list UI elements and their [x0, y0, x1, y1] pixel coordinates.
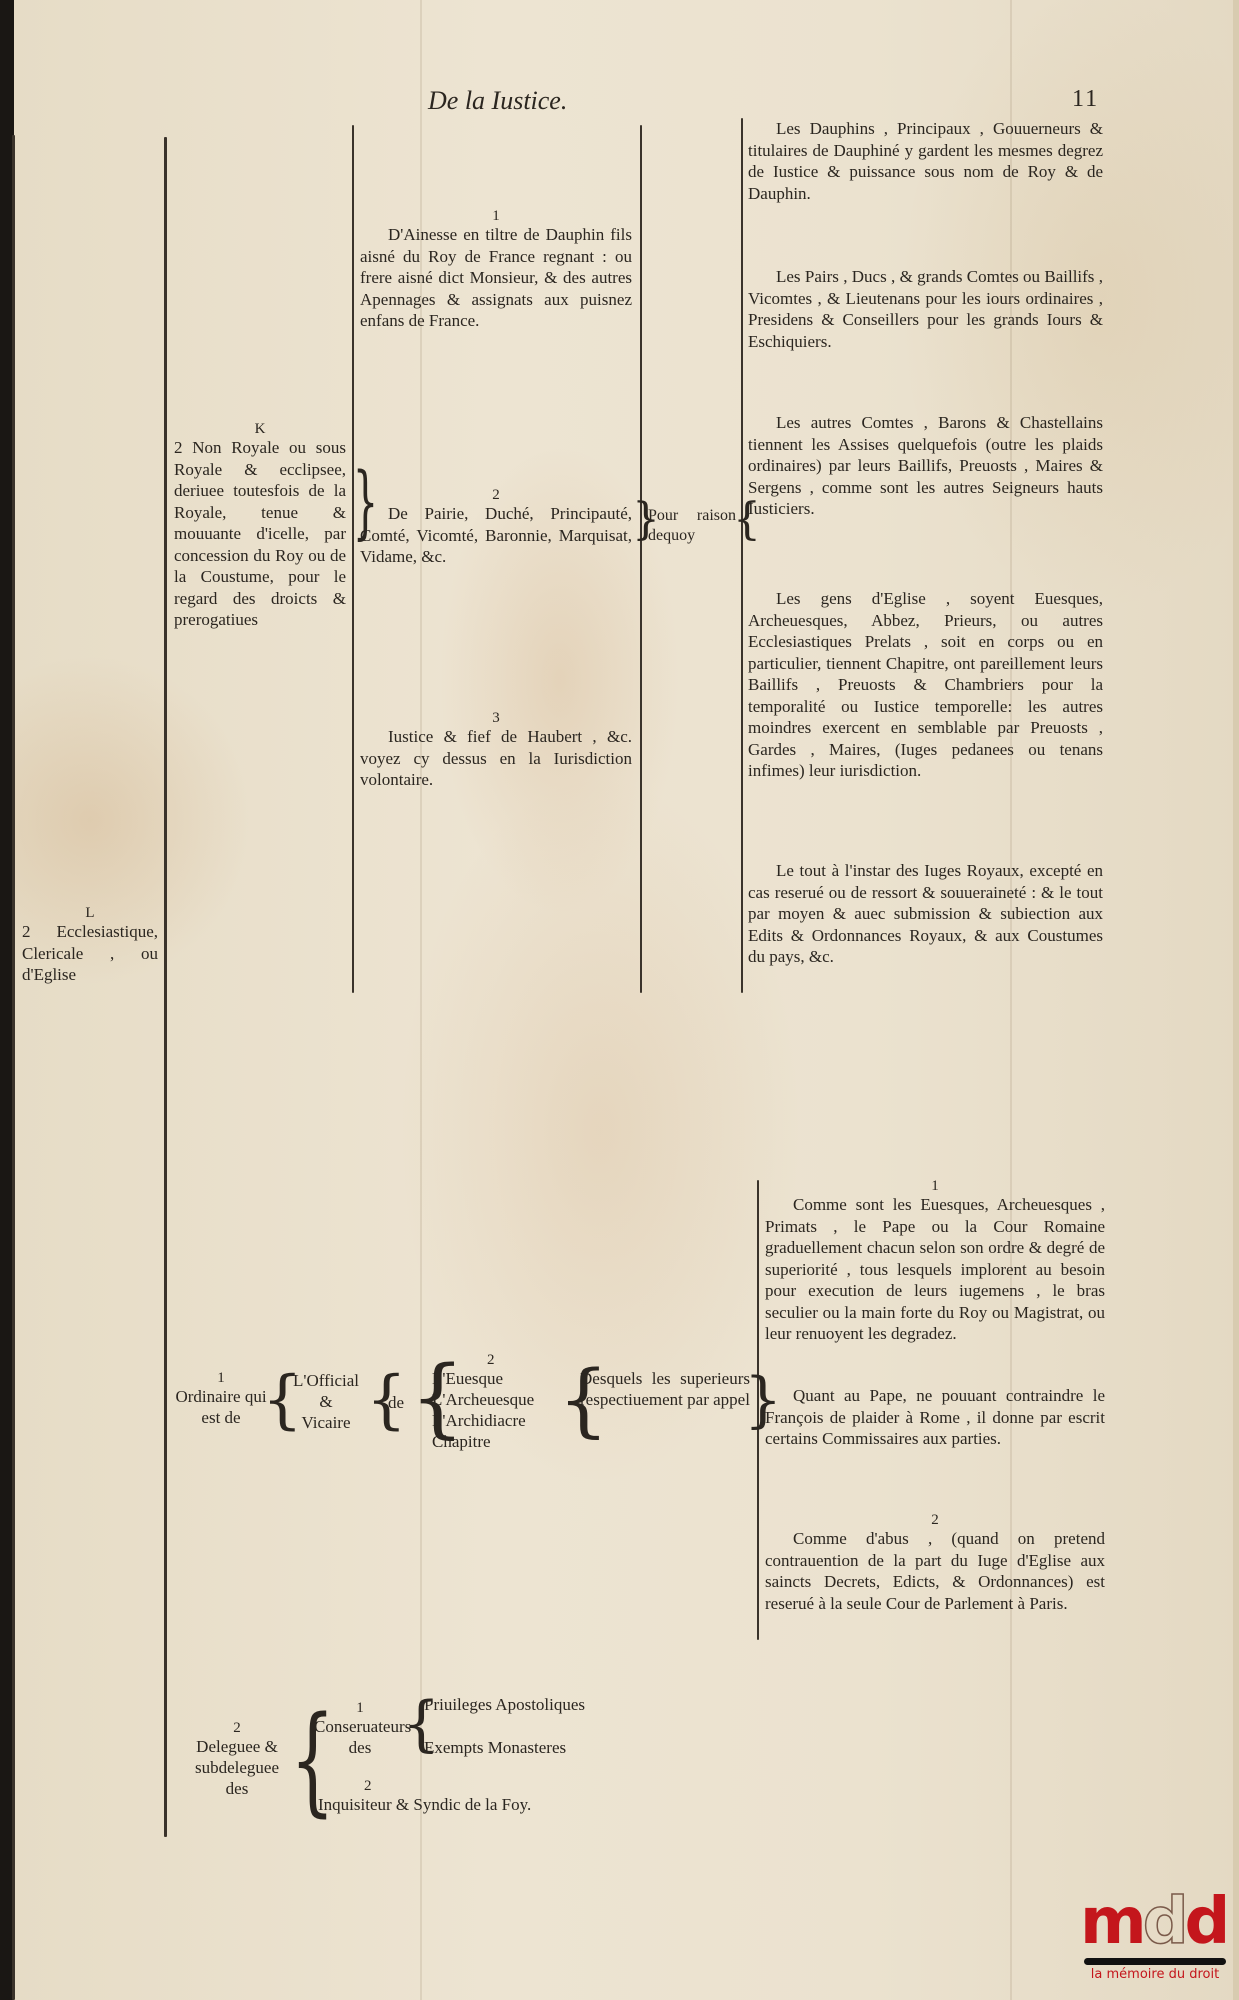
- paragraph-text: Les Dauphins , Principaux , Gouuerneurs …: [748, 118, 1103, 204]
- right-paragraph-eglise: Les gens d'Eglise , soyent Euesques, Arc…: [748, 588, 1103, 782]
- superior-chapitre: Chapitre: [432, 1431, 562, 1452]
- page-edge-right: [1233, 0, 1239, 2000]
- category-L: L 2 Ecclesiastique, Clericale , ou d'Egl…: [22, 905, 158, 986]
- category-text: 2 Ecclesiastique, Clericale , ou d'Eglis…: [22, 921, 158, 986]
- bracket-line-level-1: [12, 135, 15, 2000]
- right-paragraph-instar: Le tout à l'instar des Iuges Royaux, exc…: [748, 860, 1103, 968]
- brace-icon: }: [353, 462, 378, 542]
- item-number: 1: [172, 1370, 270, 1386]
- page-title: De la Iustice.: [428, 86, 567, 116]
- category-text: 2 Non Royale ou sous Royale & ecclipsee,…: [174, 437, 346, 631]
- section-marker: K: [174, 421, 346, 437]
- paragraph-text: Les autres Comtes , Barons & Chastellain…: [748, 412, 1103, 520]
- mdd-logo: mdd la mémoire du droit: [1080, 1890, 1230, 1982]
- bracket-line-level-3: [352, 125, 354, 993]
- label-text: Conseruateurs des: [314, 1717, 411, 1757]
- note-text: Quant au Pape, ne pouuant contraindre le…: [765, 1385, 1105, 1450]
- privileges-item: Priuileges Apostoliques: [424, 1694, 624, 1715]
- conservateurs-label: 1 Conseruateurs des: [314, 1700, 406, 1758]
- note-2: 2 Comme d'abus , (quand on pretend contr…: [765, 1512, 1105, 1614]
- label-text: Ordinaire qui est de: [175, 1387, 266, 1427]
- category-K: K 2 Non Royale ou sous Royale & ecclipse…: [174, 421, 346, 631]
- jurisdiction-item-1: 1 D'Ainesse en tiltre de Dauphin fils ai…: [360, 208, 632, 332]
- jurisdiction-item-3: 3 Iustice & fief de Haubert , &c. voyez …: [360, 710, 632, 791]
- item-number: 2: [318, 1778, 648, 1794]
- inquisiteur-item: 2 Inquisiteur & Syndic de la Foy.: [318, 1778, 648, 1815]
- jurisdiction-item-2: 2 De Pairie, Duché, Principauté, Comté, …: [360, 487, 632, 568]
- right-paragraph-comtes: Les autres Comtes , Barons & Chastellain…: [748, 412, 1103, 520]
- item-number: 2: [432, 1352, 562, 1368]
- item-number: 2: [182, 1720, 292, 1736]
- label-text: Deleguee & subdeleguee des: [195, 1737, 279, 1798]
- appeal-text: Desquels les superieurs respectiuement p…: [580, 1368, 750, 1410]
- bracket-line-level-4: [640, 125, 642, 993]
- item-text: Iustice & fief de Haubert , &c. voyez cy…: [360, 726, 632, 791]
- superior-archeuesque: L'Archeuesque: [432, 1389, 562, 1410]
- de-text: de: [388, 1392, 404, 1413]
- conservateurs-items: Priuileges Apostoliques Exempts Monaster…: [424, 1694, 624, 1758]
- item-number: 2: [360, 487, 632, 503]
- right-paragraph-dauphins: Les Dauphins , Principaux , Gouuerneurs …: [748, 118, 1103, 204]
- item-number: 3: [360, 710, 632, 726]
- item-number: 1: [314, 1700, 406, 1716]
- officer-official: L'Official: [284, 1370, 368, 1391]
- note-pape: Quant au Pape, ne pouuant contraindre le…: [765, 1385, 1105, 1450]
- monasteres-item: Exempts Monasteres: [424, 1737, 624, 1758]
- bracket-line-level-2: [164, 137, 167, 1837]
- item-number: 1: [765, 1178, 1105, 1194]
- logo-bar: [1084, 1958, 1226, 1965]
- officer-and: &: [284, 1391, 368, 1412]
- logo-tagline: la mémoire du droit: [1080, 1967, 1230, 1982]
- superior-archidiacre: L'Archidiacre: [432, 1410, 562, 1431]
- note-text: Comme d'abus , (quand on pretend contrau…: [765, 1528, 1105, 1614]
- ordinaire-label: 1 Ordinaire qui est de: [172, 1370, 270, 1428]
- item-number: 2: [765, 1512, 1105, 1528]
- paragraph-text: Les gens d'Eglise , soyent Euesques, Arc…: [748, 588, 1103, 782]
- officers-list: L'Official & Vicaire: [284, 1370, 368, 1433]
- section-marker: L: [22, 905, 158, 921]
- paragraph-text: Le tout à l'instar des Iuges Royaux, exc…: [748, 860, 1103, 968]
- paragraph-text: Les Pairs , Ducs , & grands Comtes ou Ba…: [748, 266, 1103, 352]
- logo-mark: mdd: [1080, 1890, 1230, 1954]
- officer-vicaire: Vicaire: [284, 1412, 368, 1433]
- note-1: 1 Comme sont les Euesques, Archeuesques …: [765, 1178, 1105, 1345]
- item-text: D'Ainesse en tiltre de Dauphin fils aisn…: [360, 224, 632, 332]
- brace-icon: {: [733, 498, 761, 542]
- right-paragraph-pairs: Les Pairs , Ducs , & grands Comtes ou Ba…: [748, 266, 1103, 352]
- superior-euesque: L'Euesque: [432, 1368, 562, 1389]
- label-text: Inquisiteur & Syndic de la Foy.: [318, 1795, 531, 1814]
- superiors-list: 2 L'Euesque L'Archeuesque L'Archidiacre …: [432, 1352, 562, 1452]
- connector-text: Pour raison dequoy: [648, 506, 736, 546]
- page-number: 11: [1072, 86, 1099, 113]
- bracket-line-level-5: [741, 118, 743, 993]
- item-text: De Pairie, Duché, Principauté, Comté, Vi…: [360, 503, 632, 568]
- item-number: 1: [360, 208, 632, 224]
- deleguee-label: 2 Deleguee & subdeleguee des: [182, 1720, 292, 1799]
- note-text: Comme sont les Euesques, Archeuesques , …: [765, 1194, 1105, 1345]
